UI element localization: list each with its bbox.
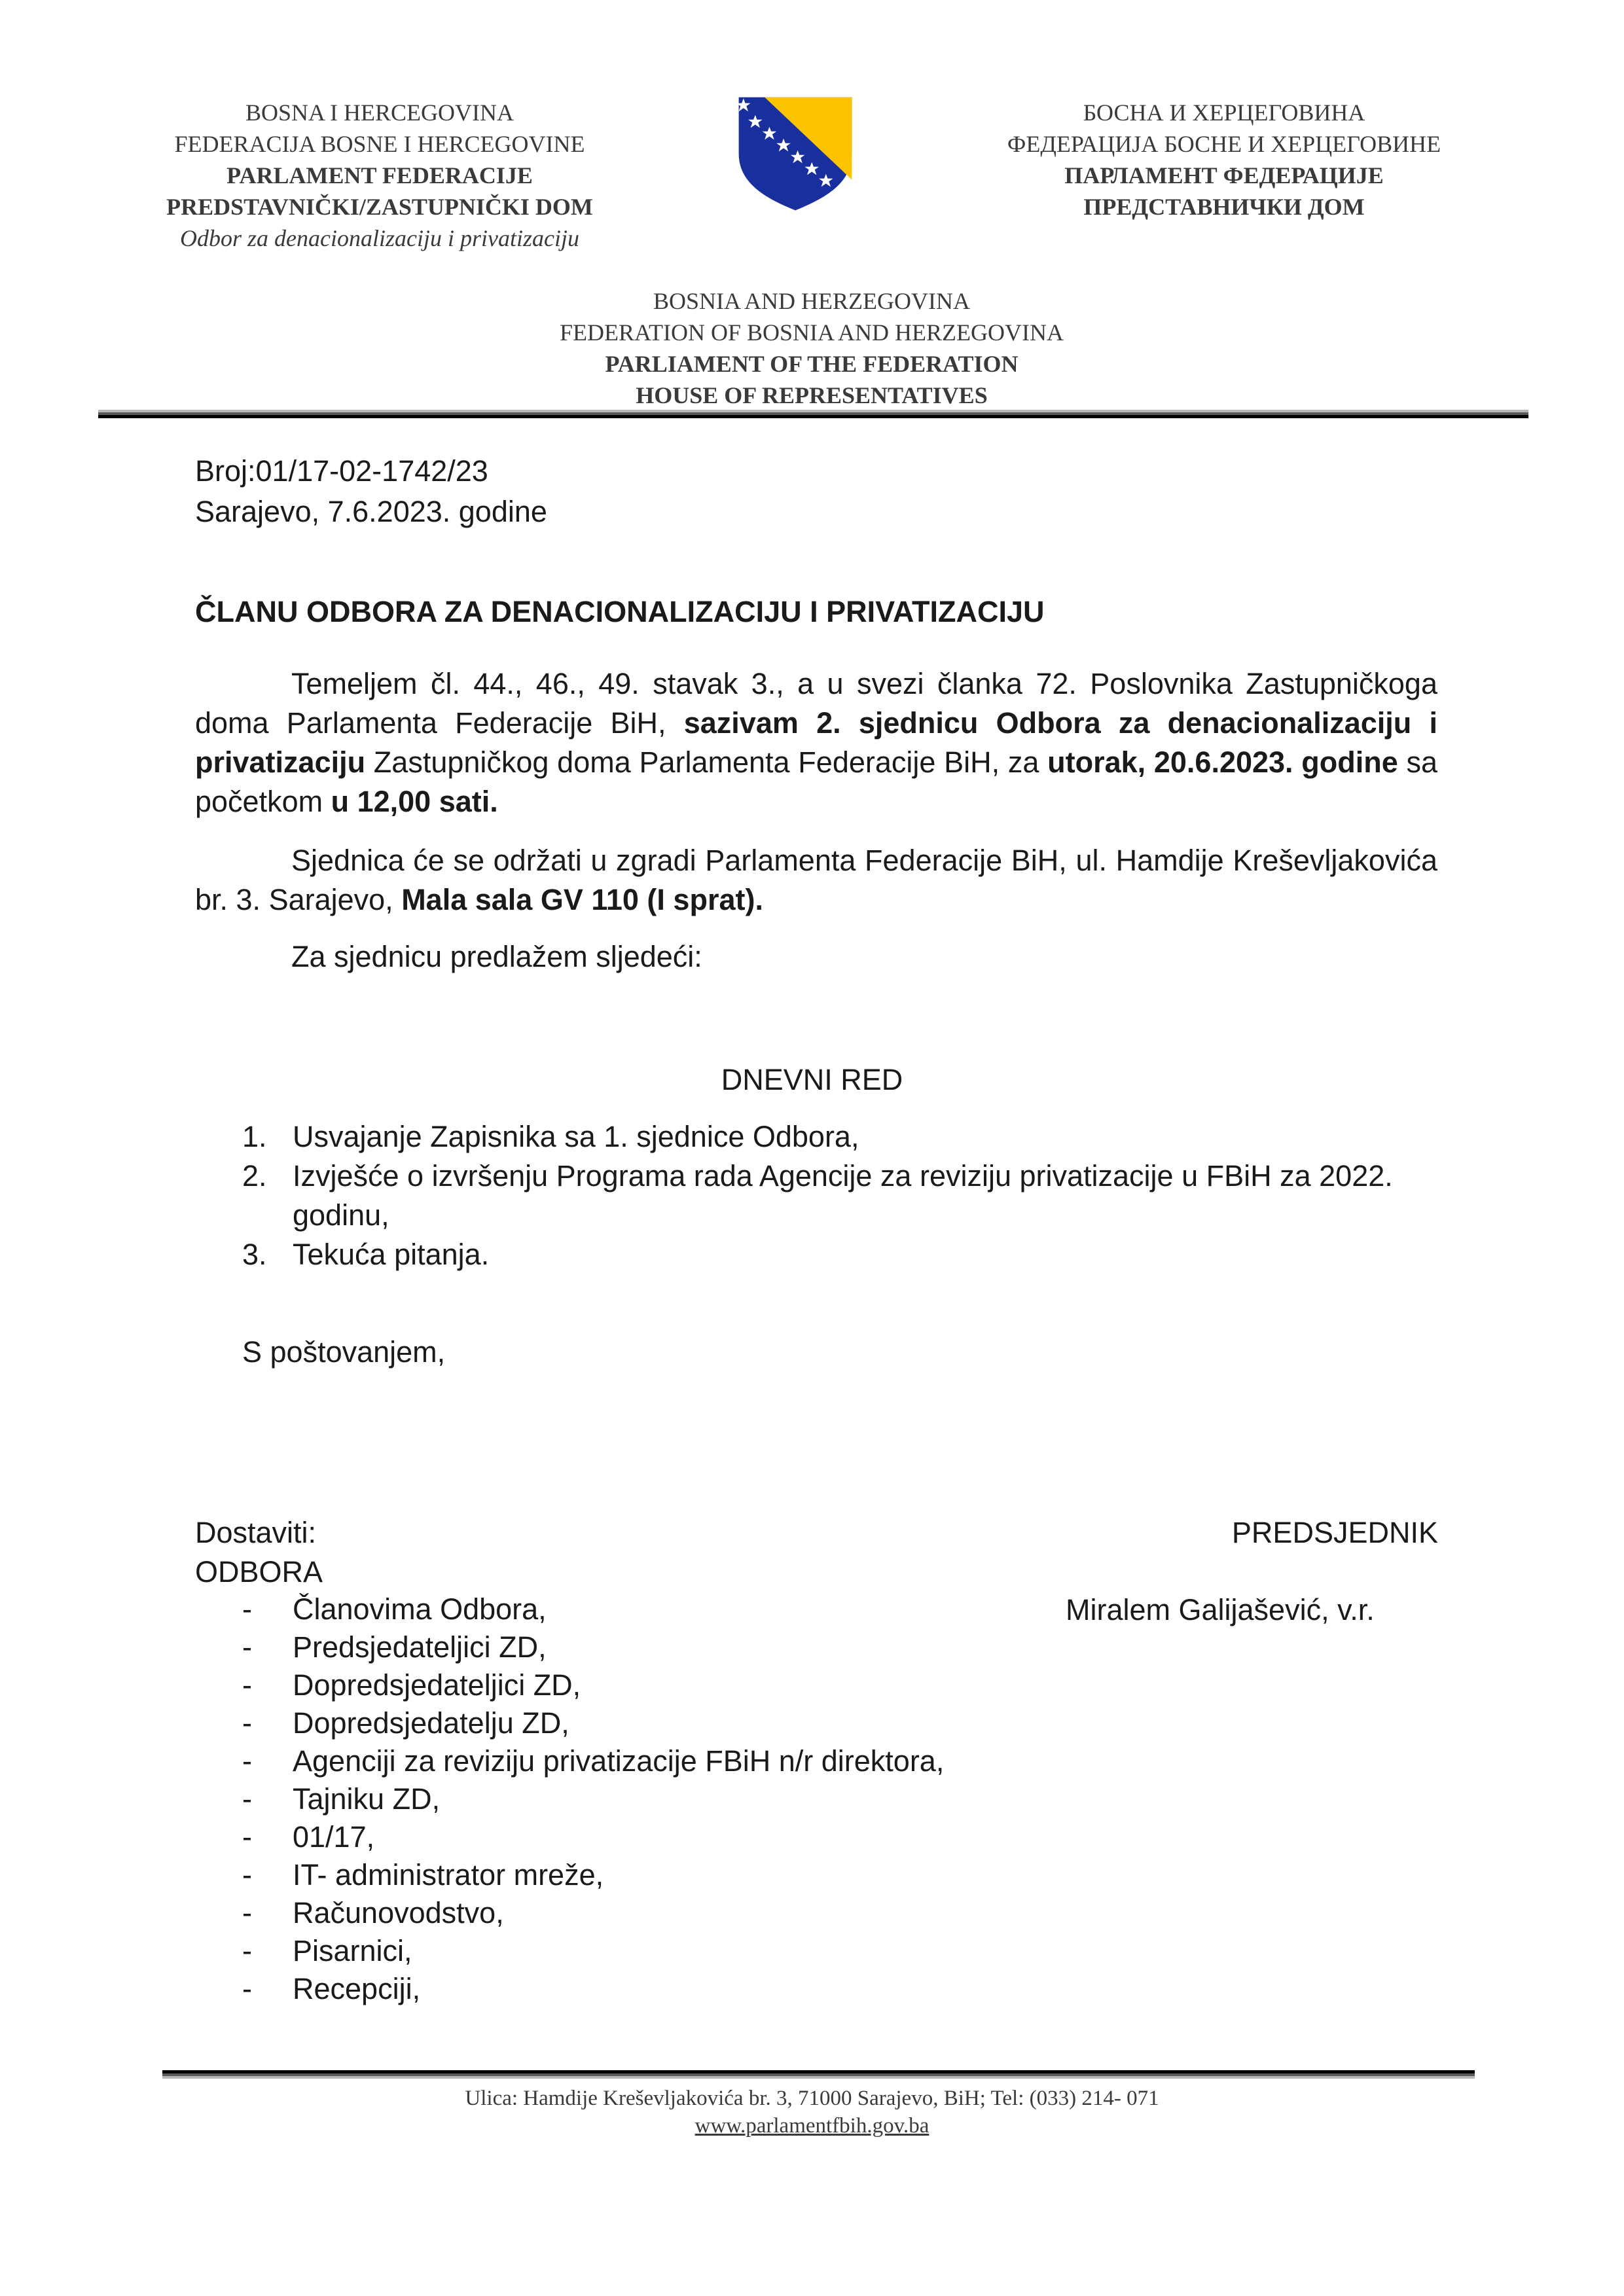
distribution-item-text: Tajniku ZD, [293,1780,440,1818]
agenda-item: 2. Izvješće o izvršenju Programa rada Ag… [242,1157,1437,1235]
letterhead-left: BOSNA I HERCEGOVINA FEDERACIJA BOSNE I H… [111,97,648,254]
distribution-item: -Pisarnici, [242,1932,944,1970]
agenda-item-text: Izvješće o izvršenju Programa rada Agenc… [293,1157,1437,1235]
distribution-item-text: Računovodstvo, [293,1894,504,1932]
dash-bullet-icon: - [242,1970,293,2008]
agenda-item-number: 2. [242,1157,293,1235]
distribution-item: -Članovima Odbora, [242,1590,944,1628]
distribution-item: -Recepciji, [242,1970,944,2008]
distribution-list: -Članovima Odbora, -Predsjedateljici ZD,… [242,1590,944,2008]
distribution-item-text: Recepciji, [293,1970,420,2008]
agenda-item: 3. Tekuća pitanja. [242,1235,1437,1274]
distribution-item: -Dopredsjedatelju ZD, [242,1704,944,1742]
para1-time: u 12,00 sati. [331,785,498,818]
letterhead-right: БОСНА И ХЕРЦЕГОВИНА ФЕДЕРАЦИЈА БОСНЕ И Х… [943,97,1506,223]
para1-date: utorak, 20.6.2023. godine [1047,745,1398,779]
distribution-item-text: Članovima Odbora, [293,1590,547,1628]
agenda-title: DNEVNI RED [0,1060,1624,1100]
website-link[interactable]: www.parlamentfbih.gov.ba [695,2114,929,2138]
agenda-item-text: Usvajanje Zapisnika sa 1. sjednice Odbor… [293,1117,1437,1157]
dash-bullet-icon: - [242,1818,293,1856]
distribution-item: -01/17, [242,1818,944,1856]
reference-number: Broj:01/17-02-1742/23 [195,452,488,491]
distribution-item: -IT- administrator mreže, [242,1856,944,1894]
letterhead-committee: Odbor za denacionalizaciju i privatizaci… [111,223,648,254]
para2-text: Sjednica će se održati u zgradi Parlamen… [195,844,1437,916]
recipient-heading: ČLANU ODBORA ZA DENACIONALIZACIJU I PRIV… [195,592,1045,632]
letterhead-country-cyrillic: БОСНА И ХЕРЦЕГОВИНА [943,97,1506,128]
distribution-item-text: 01/17, [293,1818,374,1856]
coat-of-arms-icon [736,95,854,213]
agenda-list: 1. Usvajanje Zapisnika sa 1. sjednice Od… [242,1117,1437,1274]
distribution-item: -Agenciji za reviziju privatizacije FBiH… [242,1742,944,1780]
letterhead-federation-en: FEDERATION OF BOSNIA AND HERZEGOVINA [419,317,1204,348]
footer-divider [162,2070,1475,2079]
letterhead-house-cyrillic: ПРЕДСТАВНИЧКИ ДОМ [943,191,1506,223]
letterhead-federation: FEDERACIJA BOSNE I HERCEGOVINE [111,128,648,160]
agenda-item-number: 1. [242,1117,293,1157]
dash-bullet-icon: - [242,1704,293,1742]
letterhead-country-en: BOSNIA AND HERZEGOVINA [419,285,1204,317]
place-date: Sarajevo, 7.6.2023. godine [195,492,547,531]
letterhead-country: BOSNA I HERCEGOVINA [111,97,648,128]
dash-bullet-icon: - [242,1666,293,1704]
dash-bullet-icon: - [242,1856,293,1894]
para1-text-2: Zastupničkog doma Parlamenta Federacije … [365,745,1047,779]
letterhead-english: BOSNIA AND HERZEGOVINA FEDERATION OF BOS… [419,285,1204,411]
letterhead-parliament-cyrillic: ПАРЛАМЕНТ ФЕДЕРАЦИЈЕ [943,160,1506,191]
closing-salutation: S poštovanjem, [242,1333,445,1372]
convocation-paragraph: Temeljem čl. 44., 46., 49. stavak 3., a … [195,664,1437,821]
letterhead-parliament: PARLAMENT FEDERACIJE [111,160,648,191]
distribution-item-text: Dopredsjedateljici ZD, [293,1666,581,1704]
distribution-item-text: Dopredsjedatelju ZD, [293,1704,569,1742]
letterhead-house-en: HOUSE OF REPRESENTATIVES [419,380,1204,411]
dash-bullet-icon: - [242,1894,293,1932]
footer-address: Ulica: Hamdije Kreševljakovića br. 3, 71… [0,2085,1624,2111]
signatory-name: Miralem Galijašević, v.r. [1066,1590,1375,1630]
distribution-item: -Tajniku ZD, [242,1780,944,1818]
dash-bullet-icon: - [242,1742,293,1780]
distribution-item-text: Pisarnici, [293,1932,412,1970]
agenda-item: 1. Usvajanje Zapisnika sa 1. sjednice Od… [242,1117,1437,1157]
letterhead-parliament-en: PARLIAMENT OF THE FEDERATION [419,348,1204,380]
para2-room: Mala sala GV 110 (I sprat). [401,883,763,916]
header-divider [98,410,1528,419]
distribution-item-text: Agenciji za reviziju privatizacije FBiH … [293,1742,944,1780]
letterhead-house: PREDSTAVNIČKI/ZASTUPNIČKI DOM [111,191,648,223]
distribution-item: -Predsjedateljici ZD, [242,1628,944,1666]
proposal-line: Za sjednicu predlažem sljedeći: [291,937,702,977]
dash-bullet-icon: - [242,1780,293,1818]
dash-bullet-icon: - [242,1932,293,1970]
signatory-title-continued: ODBORA [195,1552,323,1592]
letterhead-federation-cyrillic: ФЕДЕРАЦИЈА БОСНЕ И ХЕРЦЕГОВИНЕ [943,128,1506,160]
agenda-item-text: Tekuća pitanja. [293,1235,1437,1274]
location-paragraph: Sjednica će se održati u zgradi Parlamen… [195,841,1437,920]
signatory-title: PREDSJEDNIK [1232,1513,1438,1552]
distribution-item: -Računovodstvo, [242,1894,944,1932]
distribution-item: -Dopredsjedateljici ZD, [242,1666,944,1704]
agenda-item-number: 3. [242,1235,293,1274]
dash-bullet-icon: - [242,1628,293,1666]
deliver-to-label: Dostaviti: [195,1513,316,1552]
distribution-item-text: Predsjedateljici ZD, [293,1628,547,1666]
dash-bullet-icon: - [242,1590,293,1628]
footer-website: www.parlamentfbih.gov.ba [0,2113,1624,2139]
distribution-item-text: IT- administrator mreže, [293,1856,604,1894]
